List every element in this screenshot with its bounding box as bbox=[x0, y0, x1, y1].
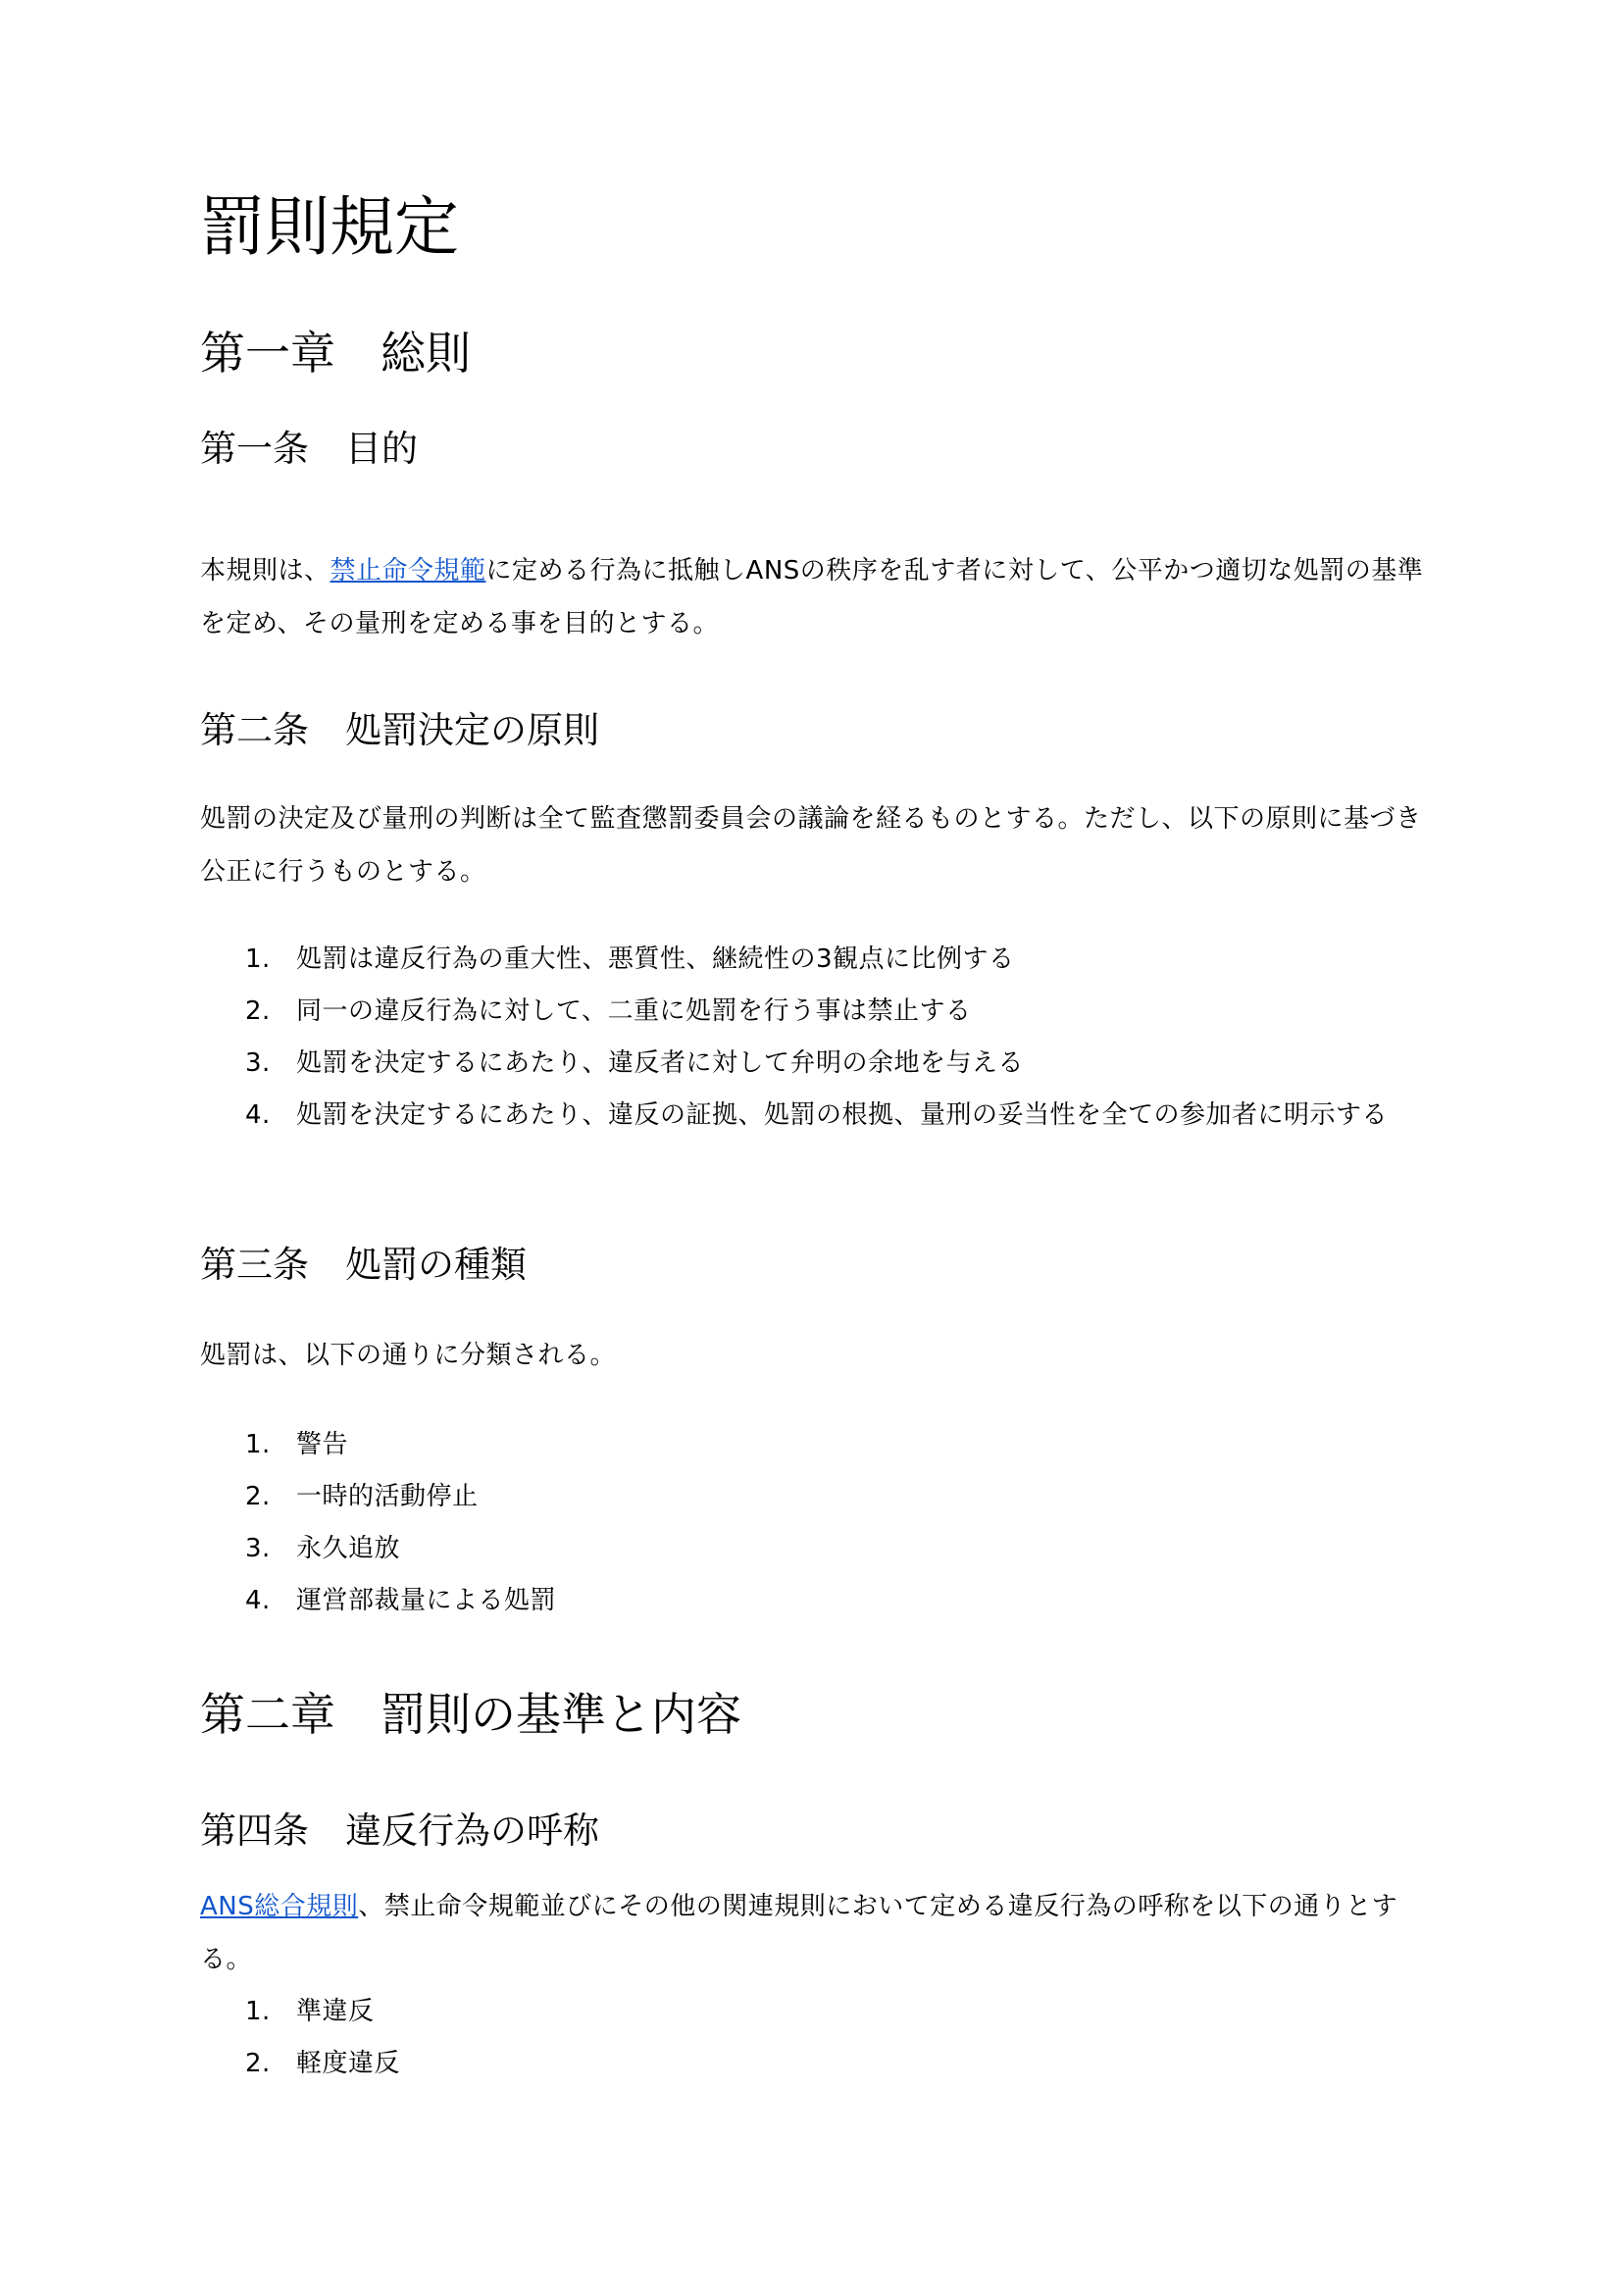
list-item: 2.軽度違反 bbox=[200, 2038, 1431, 2090]
article-paragraph: 本規則は、禁止命令規範に定める行為に抵触しANSの秩序を乱す者に対して、公平かつ… bbox=[200, 544, 1431, 650]
list-number: 4. bbox=[245, 1575, 271, 1627]
document-title: 罰則規定 bbox=[200, 188, 459, 267]
paragraph-text: 本規則は、 bbox=[200, 556, 330, 586]
link-prohibition-norms[interactable]: 禁止命令規範 bbox=[330, 556, 486, 586]
article-heading: 第四条 違反行為の呼称 bbox=[200, 1807, 599, 1856]
article-heading: 第二条 処罰決定の原則 bbox=[200, 706, 599, 755]
list-item: 2.一時的活動停止 bbox=[200, 1471, 1431, 1523]
list-number: 1. bbox=[245, 934, 271, 986]
list-item: 4.処罰を決定するにあたり、違反の証拠、処罰の根拠、量刑の妥当性を全ての参加者に… bbox=[200, 1090, 1431, 1142]
list-text: 処罰を決定するにあたり、違反者に対して弁明の余地を与える bbox=[296, 1048, 1024, 1078]
paragraph-text: 、禁止命令規範並びにその他の関連規則において定める違反行為の呼称を以下の通りとす… bbox=[200, 1892, 1397, 1974]
article-paragraph: 処罰は、以下の通りに分類される。 bbox=[200, 1329, 1431, 1382]
article-paragraph: 処罰の決定及び量刑の判断は全て監査懲罰委員会の議論を経るものとする。ただし、以下… bbox=[200, 792, 1431, 898]
list-text: 同一の違反行為に対して、二重に処罰を行う事は禁止する bbox=[296, 996, 971, 1026]
list-item: 3.処罰を決定するにあたり、違反者に対して弁明の余地を与える bbox=[200, 1038, 1431, 1090]
numbered-list: 1.処罰は違反行為の重大性、悪質性、継続性の3観点に比例する 2.同一の違反行為… bbox=[200, 934, 1431, 1142]
list-text: 一時的活動停止 bbox=[296, 1482, 479, 1511]
article-heading: 第三条 処罰の種類 bbox=[200, 1241, 527, 1290]
list-number: 4. bbox=[245, 1090, 271, 1142]
list-number: 2. bbox=[245, 2038, 271, 2090]
list-item: 1.警告 bbox=[200, 1419, 1431, 1471]
chapter-heading: 第二章 罰則の基準と内容 bbox=[200, 1685, 741, 1744]
list-text: 準違反 bbox=[296, 1997, 375, 2026]
chapter-heading: 第一章 総則 bbox=[200, 324, 471, 382]
list-text: 警告 bbox=[296, 1430, 348, 1459]
numbered-list: 1.警告 2.一時的活動停止 3.永久追放 4.運営部裁量による処罰 bbox=[200, 1419, 1431, 1627]
list-number: 2. bbox=[245, 1471, 271, 1523]
list-item: 1.処罰は違反行為の重大性、悪質性、継続性の3観点に比例する bbox=[200, 934, 1431, 986]
link-ans-general-rules[interactable]: ANS総合規則 bbox=[200, 1892, 358, 1921]
list-item: 4.運営部裁量による処罰 bbox=[200, 1575, 1431, 1627]
list-item: 1.準違反 bbox=[200, 1986, 1431, 2038]
list-text: 運営部裁量による処罰 bbox=[296, 1586, 556, 1615]
list-number: 3. bbox=[245, 1523, 271, 1575]
article-heading: 第一条 目的 bbox=[200, 425, 418, 474]
list-item: 3.永久追放 bbox=[200, 1523, 1431, 1575]
list-number: 2. bbox=[245, 986, 271, 1038]
article-paragraph: ANS総合規則、禁止命令規範並びにその他の関連規則において定める違反行為の呼称を… bbox=[200, 1880, 1431, 1986]
numbered-list: 1.準違反 2.軽度違反 bbox=[200, 1986, 1431, 2090]
list-number: 1. bbox=[245, 1419, 271, 1471]
list-number: 3. bbox=[245, 1038, 271, 1090]
list-number: 1. bbox=[245, 1986, 271, 2038]
list-text: 処罰を決定するにあたり、違反の証拠、処罰の根拠、量刑の妥当性を全ての参加者に明示… bbox=[296, 1100, 1388, 1130]
list-text: 軽度違反 bbox=[296, 2049, 400, 2078]
list-item: 2.同一の違反行為に対して、二重に処罰を行う事は禁止する bbox=[200, 986, 1431, 1038]
list-text: 処罰は違反行為の重大性、悪質性、継続性の3観点に比例する bbox=[296, 944, 1015, 974]
list-text: 永久追放 bbox=[296, 1534, 400, 1563]
